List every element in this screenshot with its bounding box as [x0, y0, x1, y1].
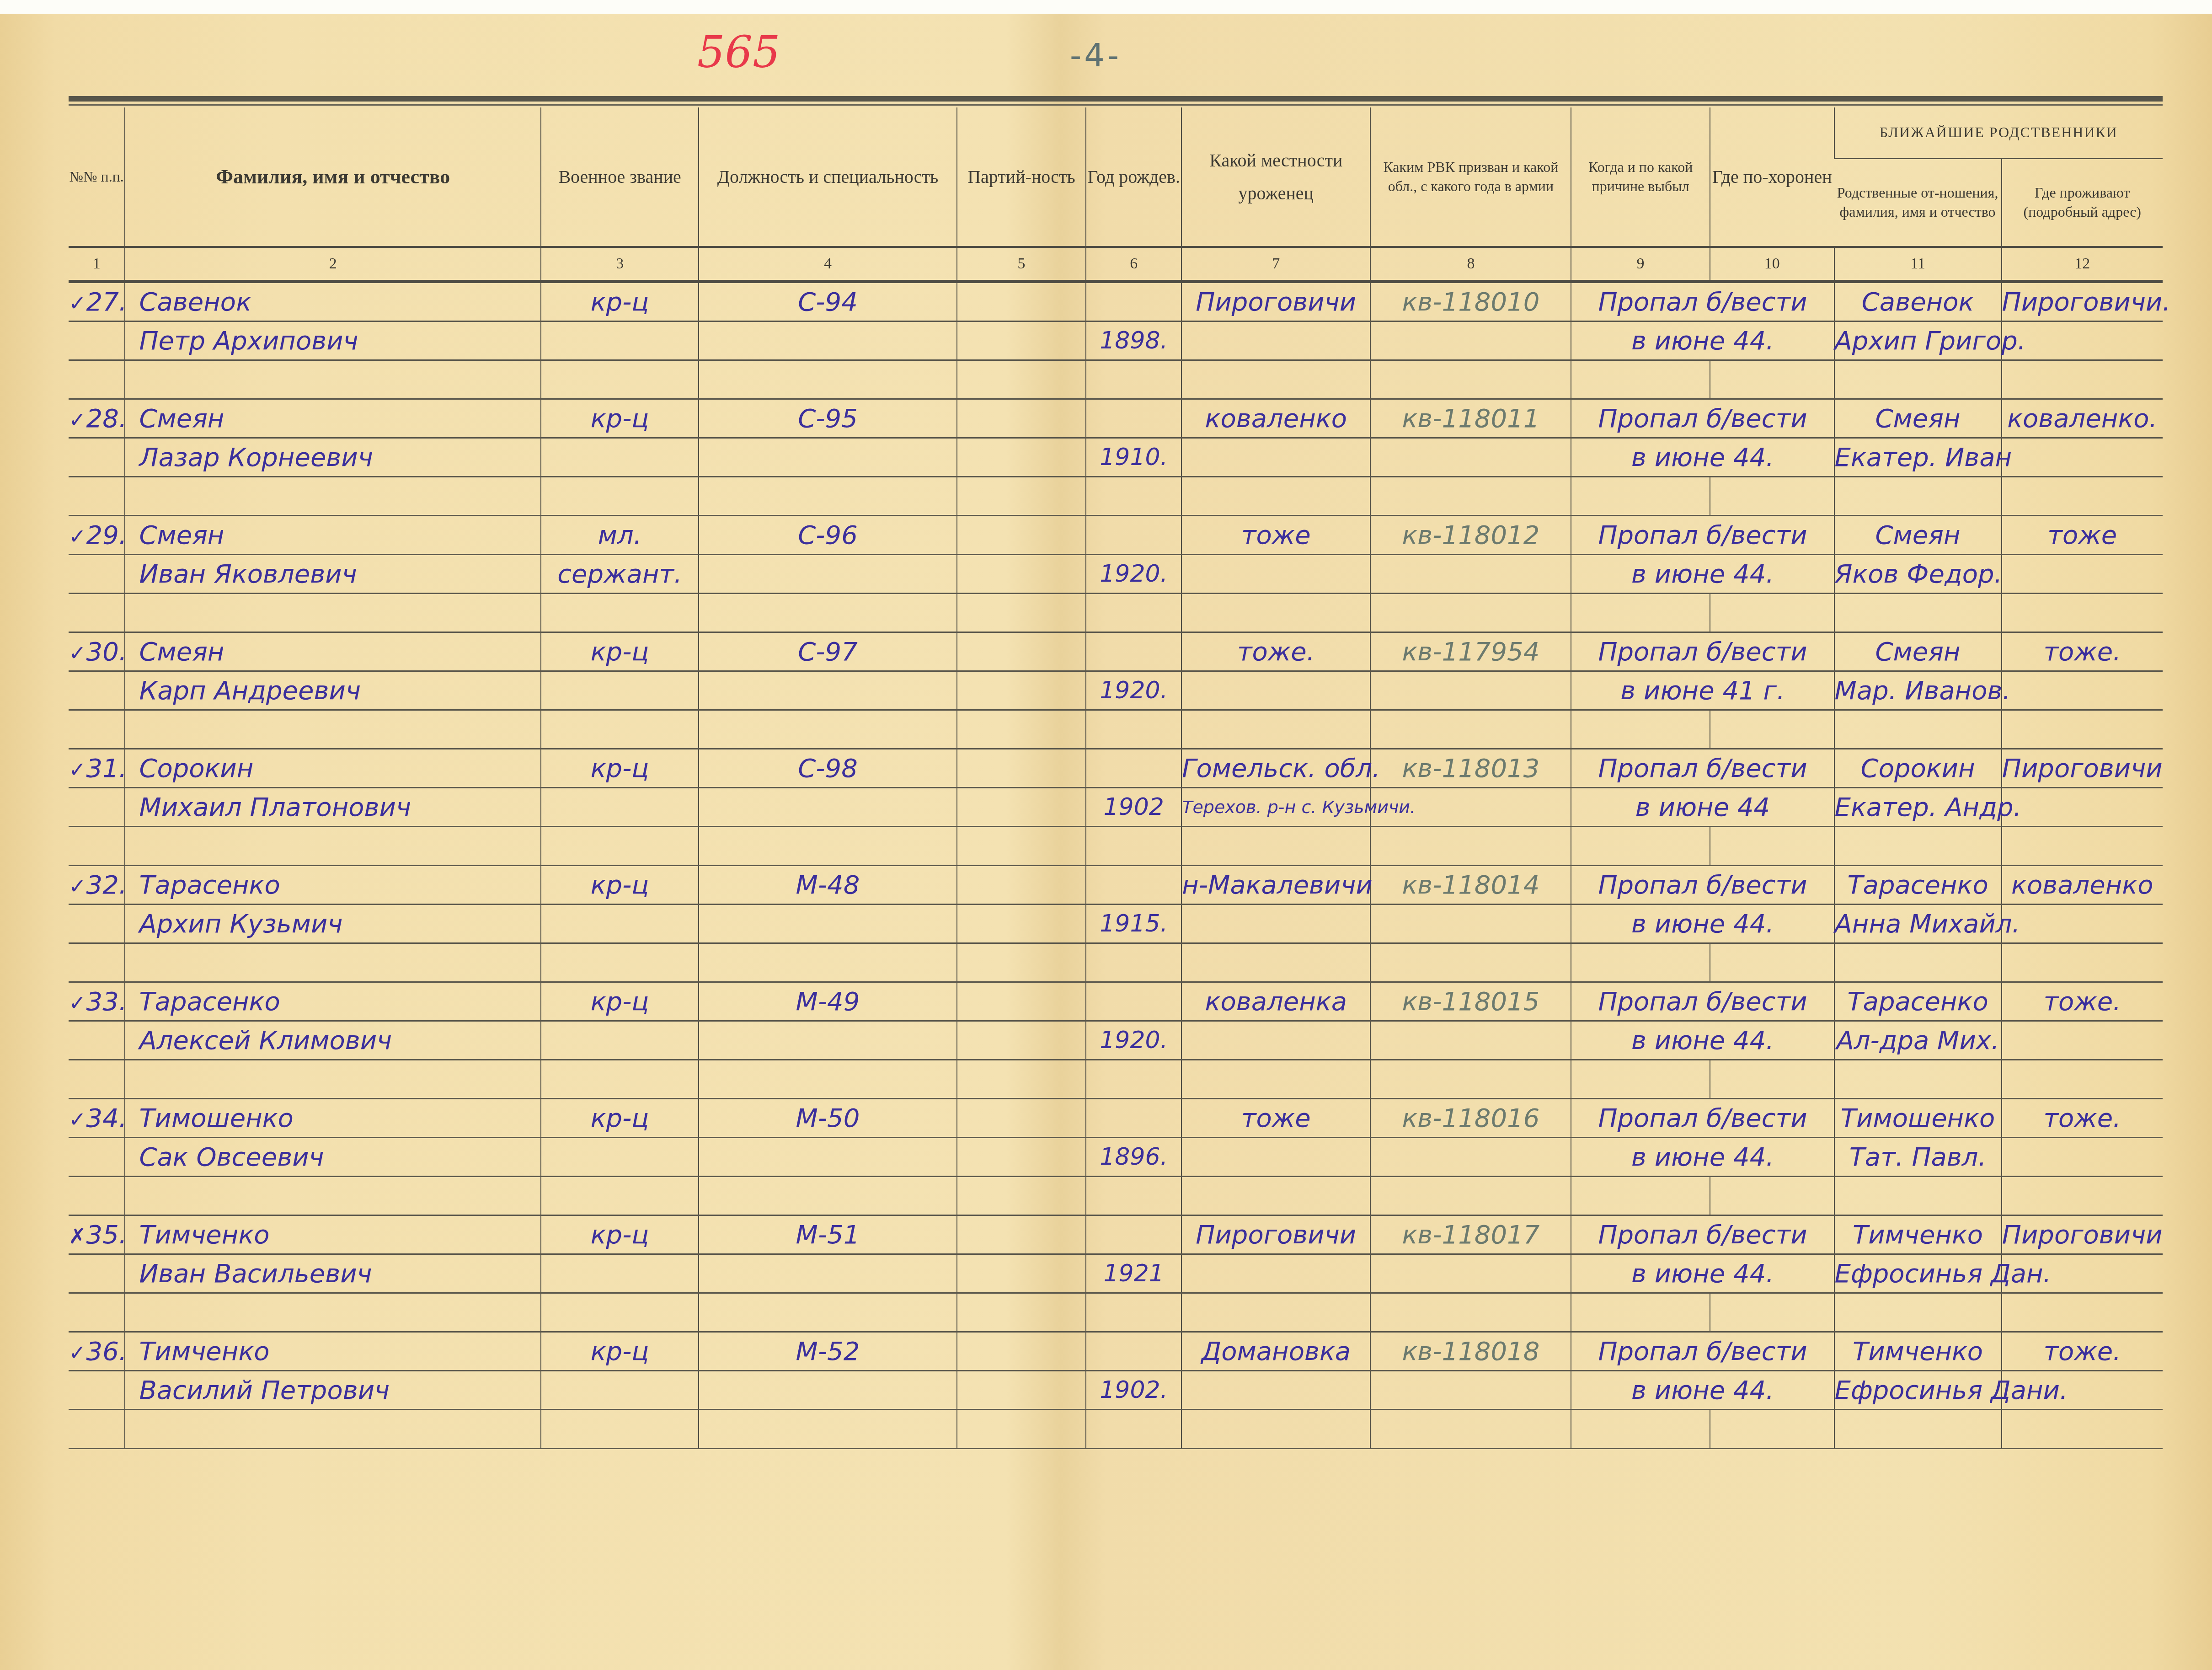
record-year — [1086, 282, 1181, 321]
record-birthplace: н-Макалевичи — [1181, 866, 1370, 905]
record-position: М-51 — [699, 1215, 957, 1254]
record-number: ✗35. — [69, 1215, 125, 1254]
record-rvk: кв-118010 — [1370, 282, 1571, 321]
record-birthplace: коваленко — [1181, 399, 1370, 438]
record-rank-cont — [541, 1371, 699, 1410]
top-rule — [69, 96, 2163, 102]
record-reason: Пропал б/вести — [1571, 399, 1834, 438]
record-birthplace: тоже — [1181, 516, 1370, 555]
record-row-line2: Архип Кузьмич 1915. в июне 44. Анна Миха… — [69, 905, 2163, 943]
check-mark-icon: ✓ — [69, 641, 86, 665]
col-num: 4 — [699, 247, 957, 282]
record-row-line1: ✓34. Тимошенко кр-ц М-50 тоже кв-118016 … — [69, 1099, 2163, 1138]
header-position: Должность и специальность — [699, 107, 957, 247]
record-row-line1: ✓33. Тарасенко кр-ц М-49 коваленка кв-11… — [69, 982, 2163, 1021]
record-reason: Пропал б/вести — [1571, 632, 1834, 671]
record-rvk: кв-118018 — [1370, 1332, 1571, 1371]
record-party — [957, 1332, 1086, 1371]
header-relative: Родственные от-ношения, фамилия, имя и о… — [1834, 159, 2002, 247]
record-row-blank — [69, 477, 2163, 516]
record-surname: Тимченко — [125, 1215, 541, 1254]
record-reason: Пропал б/вести — [1571, 1215, 1834, 1254]
record-rvk: кв-118012 — [1370, 516, 1571, 555]
record-address: Пироговичи. — [2002, 282, 2163, 321]
record-row-line2: Алексей Климович 1920. в июне 44. Ал-дра… — [69, 1021, 2163, 1060]
record-party — [957, 1099, 1086, 1138]
record-reason: Пропал б/вести — [1571, 866, 1834, 905]
record-relative-name: Тат. Павл. — [1834, 1138, 2002, 1177]
record-relative: Тимошенко — [1834, 1099, 2002, 1138]
record-rank-cont: сержант. — [541, 555, 699, 594]
record-surname: Смеян — [125, 632, 541, 671]
record-birthplace-cont: Терехов. р-н с. Кузьмичи. — [1181, 788, 1370, 827]
record-birthplace: Гомельск. обл. — [1181, 749, 1370, 788]
record-relative-name: Ал-дра Мих. — [1834, 1021, 2002, 1060]
record-row-line2: Иван Васильевич 1921 в июне 44. Ефросинь… — [69, 1254, 2163, 1293]
record-number: ✓32. — [69, 866, 125, 905]
header-relatives-group: БЛИЖАЙШИЕ РОДСТВЕННИКИ — [1834, 107, 2163, 159]
record-year: 1898. — [1086, 321, 1181, 360]
record-relative: Тарасенко — [1834, 866, 2002, 905]
record-surname: Савенок — [125, 282, 541, 321]
record-position: М-50 — [699, 1099, 957, 1138]
record-row-line2: Лазар Корнеевич 1910. в июне 44. Екатер.… — [69, 438, 2163, 477]
record-reason: Пропал б/вести — [1571, 749, 1834, 788]
record-party — [957, 282, 1086, 321]
record-reason-date: в июне 44. — [1571, 321, 1834, 360]
record-year: 1915. — [1086, 905, 1181, 943]
record-party — [957, 516, 1086, 555]
col-num: 6 — [1086, 247, 1181, 282]
record-surname: Сорокин — [125, 749, 541, 788]
record-rank: кр-ц — [541, 1215, 699, 1254]
record-relative-name: Мар. Иванов. — [1834, 671, 2002, 710]
record-rvk: кв-118011 — [1370, 399, 1571, 438]
record-given-names: Иван Васильевич — [125, 1254, 541, 1293]
record-position: С-94 — [699, 282, 957, 321]
record-number: ✓30. — [69, 632, 125, 671]
record-birthplace: Домановка — [1181, 1332, 1370, 1371]
header-party: Партий-ность — [957, 107, 1086, 247]
record-relative: Савенок — [1834, 282, 2002, 321]
record-row-line1: ✓31. Сорокин кр-ц С-98 Гомельск. обл. кв… — [69, 749, 2163, 788]
record-row-blank — [69, 827, 2163, 866]
record-rank: кр-ц — [541, 866, 699, 905]
record-year: 1920. — [1086, 671, 1181, 710]
record-year — [1086, 399, 1181, 438]
check-mark-icon: ✓ — [69, 1107, 86, 1132]
record-year: 1921 — [1086, 1254, 1181, 1293]
record-year: 1910. — [1086, 438, 1181, 477]
archive-number: 565 — [697, 27, 780, 78]
header-no: №№ п.п. — [69, 107, 125, 247]
record-reason: Пропал б/вести — [1571, 1332, 1834, 1371]
record-reason-date: в июне 44. — [1571, 1138, 1834, 1177]
col-num: 10 — [1710, 247, 1834, 282]
col-num: 12 — [2002, 247, 2163, 282]
record-birthplace: коваленка — [1181, 982, 1370, 1021]
record-birthplace-cont — [1181, 1254, 1370, 1293]
column-number-row: 1 2 3 4 5 6 7 8 9 10 11 12 — [69, 247, 2163, 282]
record-relative: Смеян — [1834, 632, 2002, 671]
record-surname: Тарасенко — [125, 982, 541, 1021]
header-reason: Когда и по какой причине выбыл — [1571, 107, 1710, 247]
header-rvk: Каким РВК призван и какой обл., с какого… — [1370, 107, 1571, 247]
record-birthplace-cont — [1181, 905, 1370, 943]
record-surname: Тарасенко — [125, 866, 541, 905]
header-address: Где проживают (подробный адрес) — [2002, 159, 2163, 247]
record-rank: кр-ц — [541, 1099, 699, 1138]
record-rank-cont — [541, 1138, 699, 1177]
record-year: 1920. — [1086, 1021, 1181, 1060]
record-position: С-95 — [699, 399, 957, 438]
record-birthplace-cont — [1181, 321, 1370, 360]
record-year: 1920. — [1086, 555, 1181, 594]
check-mark-icon: ✓ — [69, 874, 86, 899]
check-mark-icon: ✓ — [69, 407, 86, 432]
record-rank: кр-ц — [541, 749, 699, 788]
record-rank-cont — [541, 905, 699, 943]
record-row-blank — [69, 594, 2163, 632]
record-reason: Пропал б/вести — [1571, 1099, 1834, 1138]
record-party — [957, 399, 1086, 438]
record-surname: Тимошенко — [125, 1099, 541, 1138]
record-relative-name: Анна Михайл. — [1834, 905, 2002, 943]
record-number: ✓31. — [69, 749, 125, 788]
record-number: ✓33. — [69, 982, 125, 1021]
record-birthplace: тоже — [1181, 1099, 1370, 1138]
record-rank-cont — [541, 1021, 699, 1060]
record-rank-cont — [541, 671, 699, 710]
record-rvk: кв-118017 — [1370, 1215, 1571, 1254]
record-relative-name: Ефросинья Дани. — [1834, 1371, 2002, 1410]
record-relative: Смеян — [1834, 399, 2002, 438]
record-number: ✓27. — [69, 282, 125, 321]
record-party — [957, 1215, 1086, 1254]
record-address: тоже. — [2002, 982, 2163, 1021]
page-marker: -4- — [1070, 37, 1122, 74]
record-rvk: кв-117954 — [1370, 632, 1571, 671]
record-given-names: Сак Овсеевич — [125, 1138, 541, 1177]
record-given-names: Карп Андреевич — [125, 671, 541, 710]
record-rank-cont — [541, 438, 699, 477]
record-given-names: Василий Петрович — [125, 1371, 541, 1410]
scanned-form-page: 565 -4- №№ п.п. Фамилия, имя и отчество … — [0, 14, 2212, 1670]
record-year: 1896. — [1086, 1138, 1181, 1177]
check-mark-icon: ✓ — [69, 1340, 86, 1365]
record-rank: кр-ц — [541, 399, 699, 438]
record-address: тоже — [2002, 516, 2163, 555]
header-year: Год рождев. — [1086, 107, 1181, 247]
header-birthplace: Какой местности уроженец — [1181, 107, 1370, 247]
record-reason-date: в июне 44 — [1571, 788, 1834, 827]
record-birthplace: тоже. — [1181, 632, 1370, 671]
record-position: М-52 — [699, 1332, 957, 1371]
record-birthplace-cont — [1181, 1371, 1370, 1410]
record-reason-date: в июне 44. — [1571, 905, 1834, 943]
header-row: №№ п.п. Фамилия, имя и отчество Военное … — [69, 107, 2163, 159]
record-number: ✓36. — [69, 1332, 125, 1371]
record-rank: кр-ц — [541, 1332, 699, 1371]
casualty-register-table: №№ п.п. Фамилия, имя и отчество Военное … — [69, 107, 2163, 1449]
record-birthplace: Пироговичи — [1181, 1215, 1370, 1254]
record-given-names: Петр Архипович — [125, 321, 541, 360]
check-mark-icon: ✓ — [69, 524, 86, 549]
record-given-names: Архип Кузьмич — [125, 905, 541, 943]
record-row-blank — [69, 1410, 2163, 1449]
record-relative-name: Яков Федор. — [1834, 555, 2002, 594]
record-row-blank — [69, 943, 2163, 982]
record-row-line1: ✓29. Смеян мл. С-96 тоже кв-118012 Пропа… — [69, 516, 2163, 555]
record-party — [957, 632, 1086, 671]
record-number: ✓29. — [69, 516, 125, 555]
col-num: 11 — [1834, 247, 2002, 282]
record-relative: Смеян — [1834, 516, 2002, 555]
record-year — [1086, 1099, 1181, 1138]
record-surname: Тимченко — [125, 1332, 541, 1371]
record-birthplace-cont — [1181, 555, 1370, 594]
header-rank: Военное звание — [541, 107, 699, 247]
record-row-blank — [69, 360, 2163, 399]
record-reason-date: в июне 44. — [1571, 1371, 1834, 1410]
record-party — [957, 749, 1086, 788]
record-year: 1902 — [1086, 788, 1181, 827]
record-position: М-49 — [699, 982, 957, 1021]
record-position: М-48 — [699, 866, 957, 905]
record-row-line1: ✓28. Смеян кр-ц С-95 коваленко кв-118011… — [69, 399, 2163, 438]
record-reason: Пропал б/вести — [1571, 282, 1834, 321]
record-year — [1086, 1215, 1181, 1254]
record-rvk: кв-118015 — [1370, 982, 1571, 1021]
record-row-line1: ✓32. Тарасенко кр-ц М-48 н-Макалевичи кв… — [69, 866, 2163, 905]
record-number: ✓34. — [69, 1099, 125, 1138]
record-reason: Пропал б/вести — [1571, 516, 1834, 555]
col-num: 3 — [541, 247, 699, 282]
record-year — [1086, 982, 1181, 1021]
check-mark-icon: ✓ — [69, 291, 86, 316]
record-rank: мл. — [541, 516, 699, 555]
record-year: 1902. — [1086, 1371, 1181, 1410]
record-address: тоже. — [2002, 632, 2163, 671]
record-birthplace-cont — [1181, 671, 1370, 710]
record-position: С-97 — [699, 632, 957, 671]
record-year — [1086, 632, 1181, 671]
record-address: тоже. — [2002, 1099, 2163, 1138]
col-num: 8 — [1370, 247, 1571, 282]
record-rank: кр-ц — [541, 982, 699, 1021]
record-row-line2: Сак Овсеевич 1896. в июне 44. Тат. Павл. — [69, 1138, 2163, 1177]
record-birthplace-cont — [1181, 438, 1370, 477]
record-row-line1: ✓36. Тимченко кр-ц М-52 Домановка кв-118… — [69, 1332, 2163, 1371]
record-row-blank — [69, 1060, 2163, 1099]
record-reason-date: в июне 44. — [1571, 555, 1834, 594]
record-year — [1086, 866, 1181, 905]
header-buried: Где по-хоронен — [1710, 107, 1834, 247]
header-name: Фамилия, имя и отчество — [125, 107, 541, 247]
record-reason-date: в июне 41 г. — [1571, 671, 1834, 710]
record-given-names: Иван Яковлевич — [125, 555, 541, 594]
check-mark-icon: ✓ — [69, 990, 86, 1015]
record-party — [957, 982, 1086, 1021]
record-reason-date: в июне 44. — [1571, 1254, 1834, 1293]
record-row-blank — [69, 1177, 2163, 1215]
record-relative-name: Екатер. Иван — [1834, 438, 2002, 477]
record-reason-date: в июне 44. — [1571, 1021, 1834, 1060]
record-rank: кр-ц — [541, 632, 699, 671]
record-row-blank — [69, 1293, 2163, 1332]
record-rvk: кв-118014 — [1370, 866, 1571, 905]
col-num: 2 — [125, 247, 541, 282]
record-address: Пироговичи — [2002, 1215, 2163, 1254]
record-address: Пироговичи — [2002, 749, 2163, 788]
record-row-line2: Карп Андреевич 1920. в июне 41 г. Мар. И… — [69, 671, 2163, 710]
col-num: 1 — [69, 247, 125, 282]
record-row-line1: ✓30. Смеян кр-ц С-97 тоже. кв-117954 Про… — [69, 632, 2163, 671]
record-relative: Тарасенко — [1834, 982, 2002, 1021]
record-rank-cont — [541, 321, 699, 360]
record-row-line2: Иван Яковлевич сержант. 1920. в июне 44.… — [69, 555, 2163, 594]
record-row-line1: ✓27. Савенок кр-ц С-94 Пироговичи кв-118… — [69, 282, 2163, 321]
check-mark-icon: ✓ — [69, 757, 86, 782]
record-rank-cont — [541, 1254, 699, 1293]
record-rank: кр-ц — [541, 282, 699, 321]
record-rank-cont — [541, 788, 699, 827]
record-row-line2: Михаил Платонович 1902 Терехов. р-н с. К… — [69, 788, 2163, 827]
record-row-line2: Петр Архипович 1898. в июне 44. Архип Гр… — [69, 321, 2163, 360]
record-row-line1: ✗35. Тимченко кр-ц М-51 Пироговичи кв-11… — [69, 1215, 2163, 1254]
record-given-names: Алексей Климович — [125, 1021, 541, 1060]
record-row-line2: Василий Петрович 1902. в июне 44. Ефроси… — [69, 1371, 2163, 1410]
top-rule-thin — [69, 104, 2163, 106]
check-mark-icon: ✗ — [69, 1224, 86, 1248]
record-rvk: кв-118013 — [1370, 749, 1571, 788]
record-year — [1086, 749, 1181, 788]
record-surname: Смеян — [125, 516, 541, 555]
record-relative-name: Архип Григор. — [1834, 321, 2002, 360]
col-num: 7 — [1181, 247, 1370, 282]
record-relative: Сорокин — [1834, 749, 2002, 788]
col-num: 5 — [957, 247, 1086, 282]
record-position: С-98 — [699, 749, 957, 788]
record-relative: Тимченко — [1834, 1215, 2002, 1254]
record-rvk: кв-118016 — [1370, 1099, 1571, 1138]
record-year — [1086, 1332, 1181, 1371]
record-given-names: Лазар Корнеевич — [125, 438, 541, 477]
record-party — [957, 866, 1086, 905]
record-relative-name: Екатер. Андр. — [1834, 788, 2002, 827]
record-number: ✓28. — [69, 399, 125, 438]
record-address: тоже. — [2002, 1332, 2163, 1371]
col-num: 9 — [1571, 247, 1710, 282]
record-position: С-96 — [699, 516, 957, 555]
record-address: коваленко — [2002, 866, 2163, 905]
record-year — [1086, 516, 1181, 555]
record-birthplace: Пироговичи — [1181, 282, 1370, 321]
records-body: ✓27. Савенок кр-ц С-94 Пироговичи кв-118… — [69, 282, 2163, 1449]
record-row-blank — [69, 710, 2163, 749]
record-reason-date: в июне 44. — [1571, 438, 1834, 477]
record-birthplace-cont — [1181, 1021, 1370, 1060]
record-address: коваленко. — [2002, 399, 2163, 438]
record-relative: Тимченко — [1834, 1332, 2002, 1371]
record-relative-name: Ефросинья Дан. — [1834, 1254, 2002, 1293]
record-birthplace-cont — [1181, 1138, 1370, 1177]
record-surname: Смеян — [125, 399, 541, 438]
record-given-names: Михаил Платонович — [125, 788, 541, 827]
record-reason: Пропал б/вести — [1571, 982, 1834, 1021]
